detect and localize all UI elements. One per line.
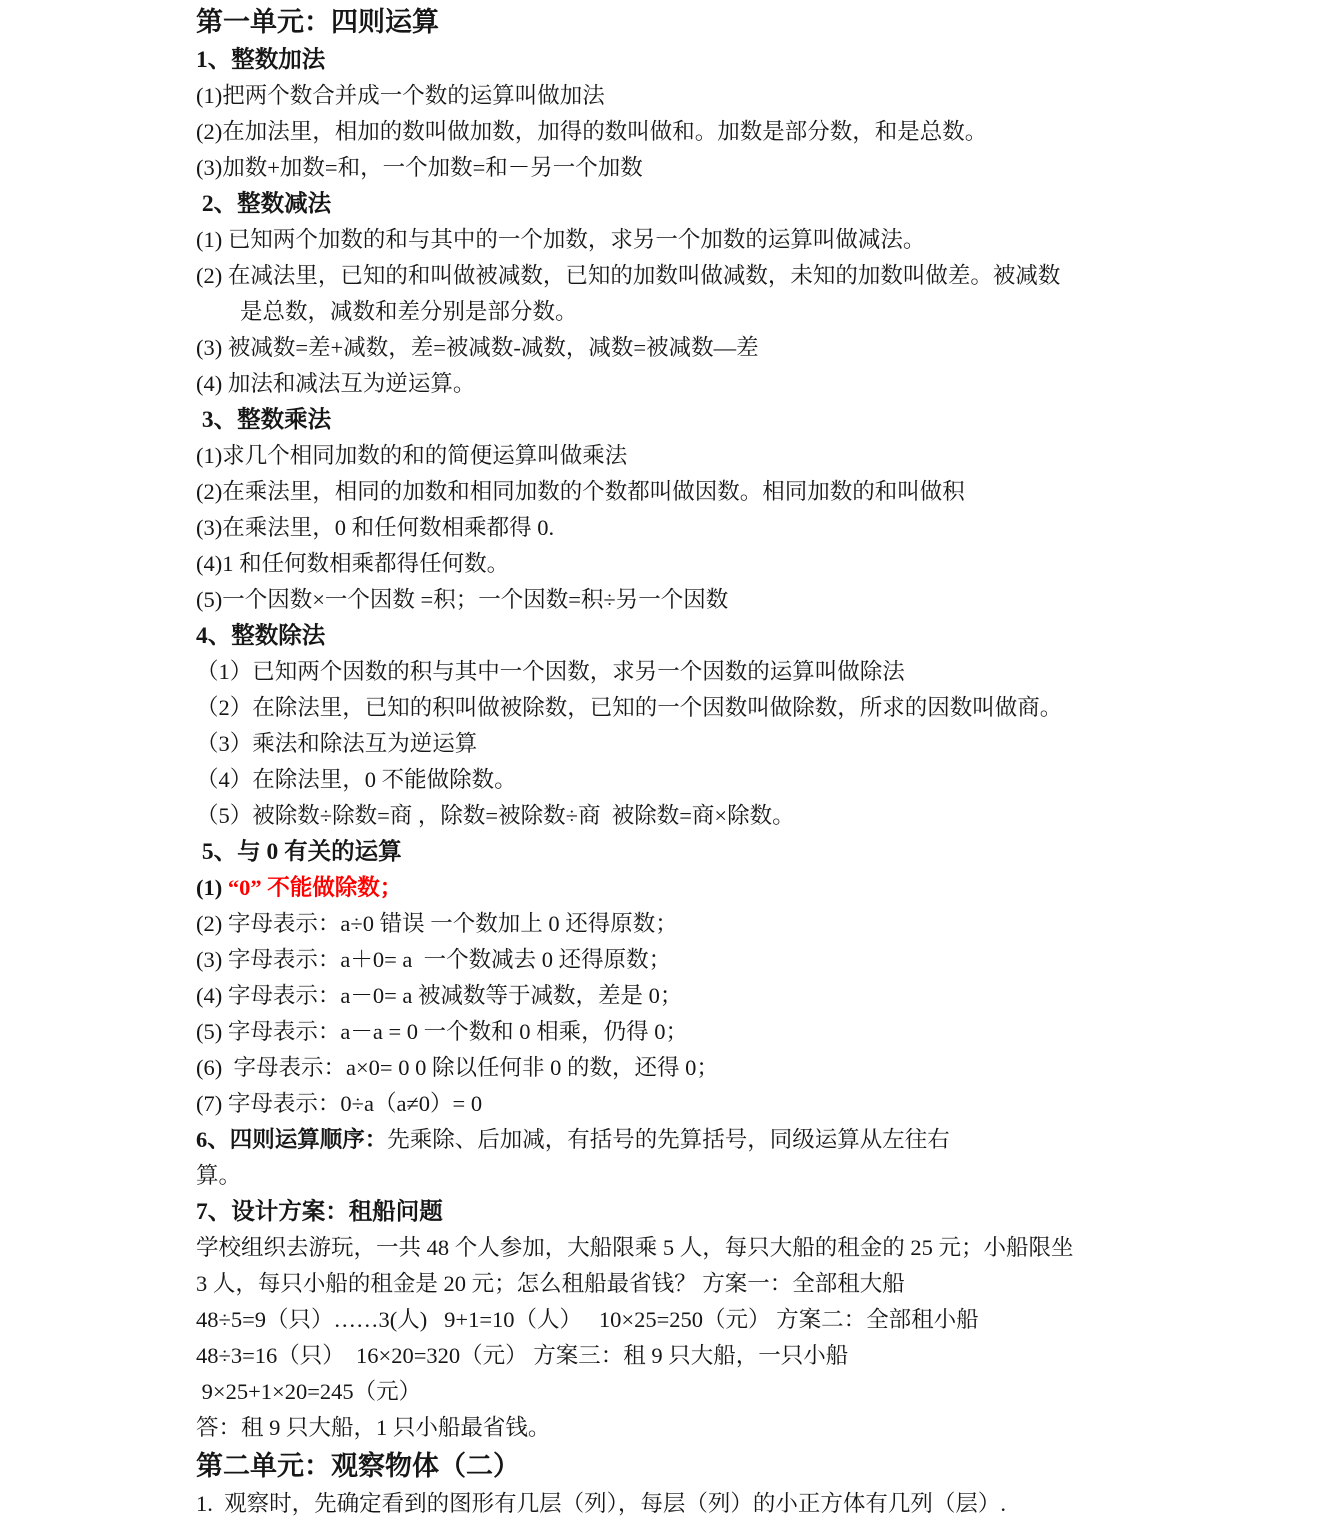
- study-notes-content: 第一单元：四则运算 1、整数加法 (1)把两个数合并成一个数的运算叫做加法 (2…: [196, 2, 1152, 1516]
- addition-item: (2)在加法里，相加的数叫做加数，加得的数叫做和。加数是部分数，和是总数。: [196, 114, 1152, 150]
- zero-ops-item: (4) 字母表示：a－0= a 被减数等于减数，差是 0；: [196, 978, 1152, 1014]
- subtraction-heading: 2、整数减法: [196, 186, 1152, 222]
- order-rule-line2: 算。: [196, 1158, 1152, 1194]
- subtraction-item-continuation: 是总数，减数和差分别是部分数。: [196, 294, 1152, 330]
- unit1-title: 第一单元：四则运算: [196, 2, 1152, 42]
- division-item: （3）乘法和除法互为逆运算: [196, 726, 1152, 762]
- multiplication-item: (4)1 和任何数相乘都得任何数。: [196, 546, 1152, 582]
- subtraction-item: (2) 在减法里，已知的和叫做被减数，已知的加数叫做减数，未知的加数叫做差。被减…: [196, 258, 1152, 294]
- document-page: 第一单元：四则运算 1、整数加法 (1)把两个数合并成一个数的运算叫做加法 (2…: [0, 0, 1340, 1516]
- division-item: （2）在除法里，已知的积叫做被除数，已知的一个因数叫做除数，所求的因数叫做商。: [196, 690, 1152, 726]
- multiplication-item: (5)一个因数×一个因数 =积；一个因数=积÷另一个因数: [196, 582, 1152, 618]
- multiplication-heading: 3、整数乘法: [196, 402, 1152, 438]
- addition-heading: 1、整数加法: [196, 42, 1152, 78]
- boat-problem-line: 3 人，每只小船的租金是 20 元；怎么租船最省钱？ 方案一：全部租大船: [196, 1266, 1152, 1302]
- subtraction-item: (4) 加法和减法互为逆运算。: [196, 366, 1152, 402]
- division-heading: 4、整数除法: [196, 618, 1152, 654]
- subtraction-item: (3) 被减数=差+减数，差=被减数-减数，减数=被减数—差: [196, 330, 1152, 366]
- division-item: （4）在除法里，0 不能做除数。: [196, 762, 1152, 798]
- division-item: （1）已知两个因数的积与其中一个因数，求另一个因数的运算叫做除法: [196, 654, 1152, 690]
- boat-problem-line: 学校组织去游玩，一共 48 个人参加，大船限乘 5 人，每只大船的租金的 25 …: [196, 1230, 1152, 1266]
- addition-item: (1)把两个数合并成一个数的运算叫做加法: [196, 78, 1152, 114]
- zero-ops-item: (2) 字母表示：a÷0 错误 一个数加上 0 还得原数；: [196, 906, 1152, 942]
- multiplication-item: (1)求几个相同加数的和的简便运算叫做乘法: [196, 438, 1152, 474]
- multiplication-item: (2)在乘法里，相同的加数和相同加数的个数都叫做因数。相同加数的和叫做积: [196, 474, 1152, 510]
- order-rule-lead: 6、四则运算顺序：: [196, 1127, 387, 1152]
- multiplication-item: (3)在乘法里，0 和任何数相乘都得 0.: [196, 510, 1152, 546]
- unit2-item: 1. 观察时，先确定看到的图形有几层（列），每层（列）的小正方体有几列（层）.: [196, 1486, 1152, 1516]
- zero-rule-line: (1) “0” 不能做除数；: [196, 870, 1152, 906]
- order-rule-line1: 6、四则运算顺序：先乘除、后加减，有括号的先算括号，同级运算从左往右: [196, 1122, 1152, 1158]
- zero-ops-item: (3) 字母表示：a＋0= a 一个数减去 0 还得原数；: [196, 942, 1152, 978]
- addition-item: (3)加数+加数=和，一个加数=和－另一个加数: [196, 150, 1152, 186]
- zero-ops-item: (6) 字母表示：a×0= 0 0 除以任何非 0 的数，还得 0；: [196, 1050, 1152, 1086]
- zero-ops-item: (5) 字母表示：a－a = 0 一个数和 0 相乘，仍得 0；: [196, 1014, 1152, 1050]
- order-rule-text: 先乘除、后加减，有括号的先算括号，同级运算从左往右: [387, 1127, 950, 1152]
- zero-ops-heading: 5、与 0 有关的运算: [196, 834, 1152, 870]
- boat-problem-line: 48÷3=16（只） 16×20=320（元） 方案三：租 9 只大船，一只小船: [196, 1338, 1152, 1374]
- boat-problem-answer: 答：租 9 只大船，1 只小船最省钱。: [196, 1410, 1152, 1446]
- boat-problem-heading: 7、设计方案：租船问题: [196, 1194, 1152, 1230]
- boat-problem-line: 9×25+1×20=245（元）: [196, 1374, 1152, 1410]
- zero-rule-text: “0” 不能做除数；: [228, 875, 402, 900]
- division-item: （5）被除数÷除数=商 ，除数=被除数÷商 被除数=商×除数。: [196, 798, 1152, 834]
- zero-ops-item: (7) 字母表示：0÷a（a≠0）= 0: [196, 1086, 1152, 1122]
- zero-rule-number: (1): [196, 875, 228, 900]
- boat-problem-line: 48÷5=9（只）……3(人) 9+1=10（人） 10×25=250（元） 方…: [196, 1302, 1152, 1338]
- subtraction-item: (1) 已知两个加数的和与其中的一个加数，求另一个加数的运算叫做减法。: [196, 222, 1152, 258]
- unit2-title: 第二单元：观察物体（二）: [196, 1446, 1152, 1486]
